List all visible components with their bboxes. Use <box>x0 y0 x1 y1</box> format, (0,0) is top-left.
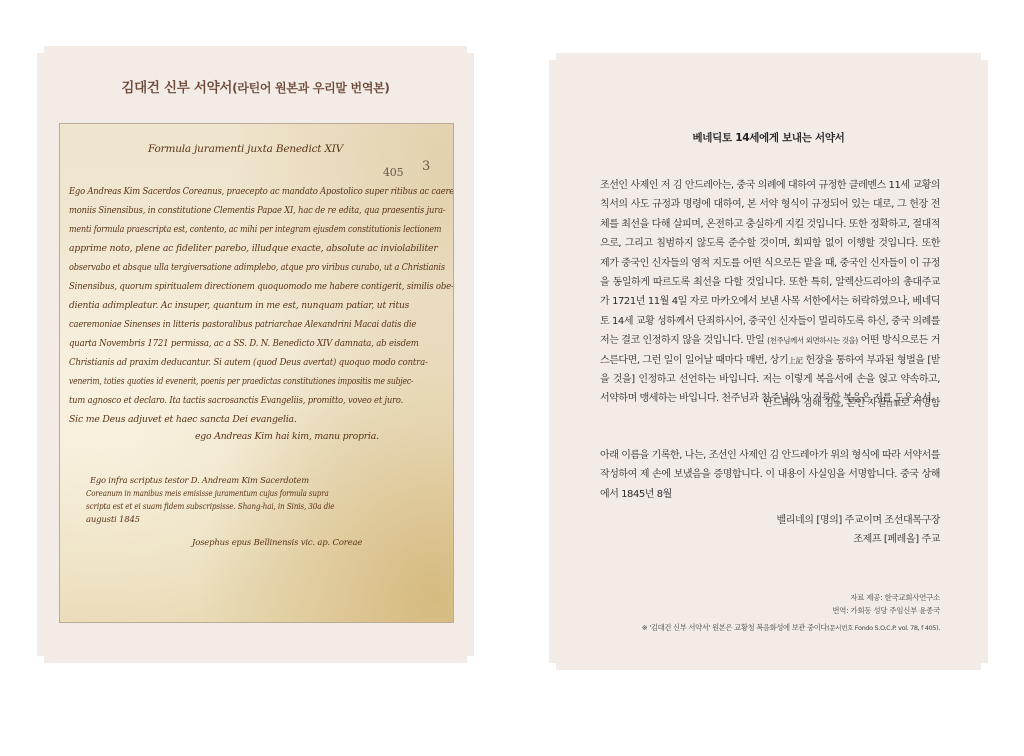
manuscript-line: tum agnosco et declaro. Ita tactis sacro… <box>69 395 403 406</box>
left-page-title: 김대건 신부 서약서(라틴어 원본과 우리말 번역본) <box>37 76 474 96</box>
right-page-title: 베네딕토 14세에게 보내는 서약서 <box>549 130 988 145</box>
manuscript-line: observabo et absque ulla tergiversatione… <box>69 262 445 273</box>
title-main: 김대건 신부 서약서 <box>121 80 232 96</box>
footnote-reference: (문서번호 Fondo S.O.C.P. vol. 78, f 405). <box>827 624 940 632</box>
manuscript-line: Sinensibus, quorum spiritualem direction… <box>69 281 454 292</box>
oath-text: 조선인 사제인 저 김 안드레아는, 중국 의례에 대하여 규정한 클레멘스 1… <box>600 180 940 346</box>
attestation-line: augusti 1845 <box>86 515 140 525</box>
manuscript-line: Ego Andreas Kim Sacerdos Coreanus, praec… <box>69 186 454 197</box>
manuscript-line: quarta Novembris 1721 permissa, ac a SS.… <box>69 338 419 349</box>
title-paren: (라틴어 원본과 우리말 번역본) <box>232 81 390 95</box>
bishop-signature: Josephus epus Bellinensis vic. ap. Corea… <box>192 538 362 548</box>
source-credit: 자료 제공: 한국교회사연구소 <box>850 592 940 603</box>
signature-text: , 본인 자필 <box>841 398 886 409</box>
signature-text: 안드레아 김해 김 <box>763 398 833 409</box>
signature-text: 로 서명함 <box>900 398 940 409</box>
manuscript-line: venerim, toties quoties id evenerit, poe… <box>69 376 413 387</box>
hanja-note: 金 <box>833 399 840 408</box>
hanja-note: 自筆 <box>886 399 900 408</box>
latin-manuscript-image: Formula juramenti juxta Benedict XIV 405… <box>59 123 454 623</box>
hanja-note: 上記 <box>788 356 802 365</box>
manuscript-line: menti formula praescripta est, contento,… <box>69 224 441 235</box>
manuscript-line: caeremoniae Sinenses in litteris pastora… <box>69 319 416 330</box>
manuscript-line: apprime noto, plene ac fideliter parebo,… <box>69 243 438 254</box>
bishop-name-line: 조제프 [페레올] 주교 <box>853 530 940 545</box>
manuscript-folio-mark: 3 <box>422 159 430 174</box>
manuscript-line: moniis Sinensibus, in constitutione Clem… <box>69 205 446 216</box>
manuscript-line: Sic me Deus adjuvet et haec sancta Dei e… <box>69 414 297 425</box>
oath-paragraph: 조선인 사제인 저 김 안드레아는, 중국 의례에 대하여 규정한 클레멘스 1… <box>600 176 940 409</box>
manuscript-folio-number: 405 <box>383 166 403 179</box>
attestation-line: scripta est et ei suam fidem subscripsis… <box>86 502 334 512</box>
andrea-signature: 안드레아 김해 김金, 본인 자필自筆로 서명함 <box>763 394 940 409</box>
footnote-text: ※ '김대건 신부 서약서' 원본은 교황청 복음화성에 보관 중이다 <box>642 623 828 632</box>
attestation-paragraph: 아래 이름을 기록한, 나는, 조선인 사제인 김 안드레아가 위의 형식에 따… <box>600 446 940 504</box>
attestation-line: Ego infra scriptus testor D. Andream Kim… <box>90 476 309 486</box>
oath-note: (천주님께서 외면하시는 것을) <box>767 336 858 345</box>
manuscript-line: Christianis ad praxim deducantur. Si aut… <box>69 357 428 368</box>
attestation-line: Coreanum in manibus meis emisisse jurame… <box>86 489 329 499</box>
manuscript-line: dientia adimpleatur. Ac insuper, quantum… <box>69 300 409 311</box>
footnote: ※ '김대건 신부 서약서' 원본은 교황청 복음화성에 보관 중이다(문서번호… <box>642 623 940 633</box>
manuscript-heading: Formula juramenti juxta Benedict XIV <box>148 143 343 155</box>
bishop-title-line: 벨리네의 [명의] 주교이며 조선대목구장 <box>777 511 941 526</box>
translator-credit: 번역: 가회동 성당 주임신부 윤종국 <box>832 605 940 616</box>
manuscript-signature: ego Andreas Kim hai kim, manu propria. <box>195 431 379 442</box>
